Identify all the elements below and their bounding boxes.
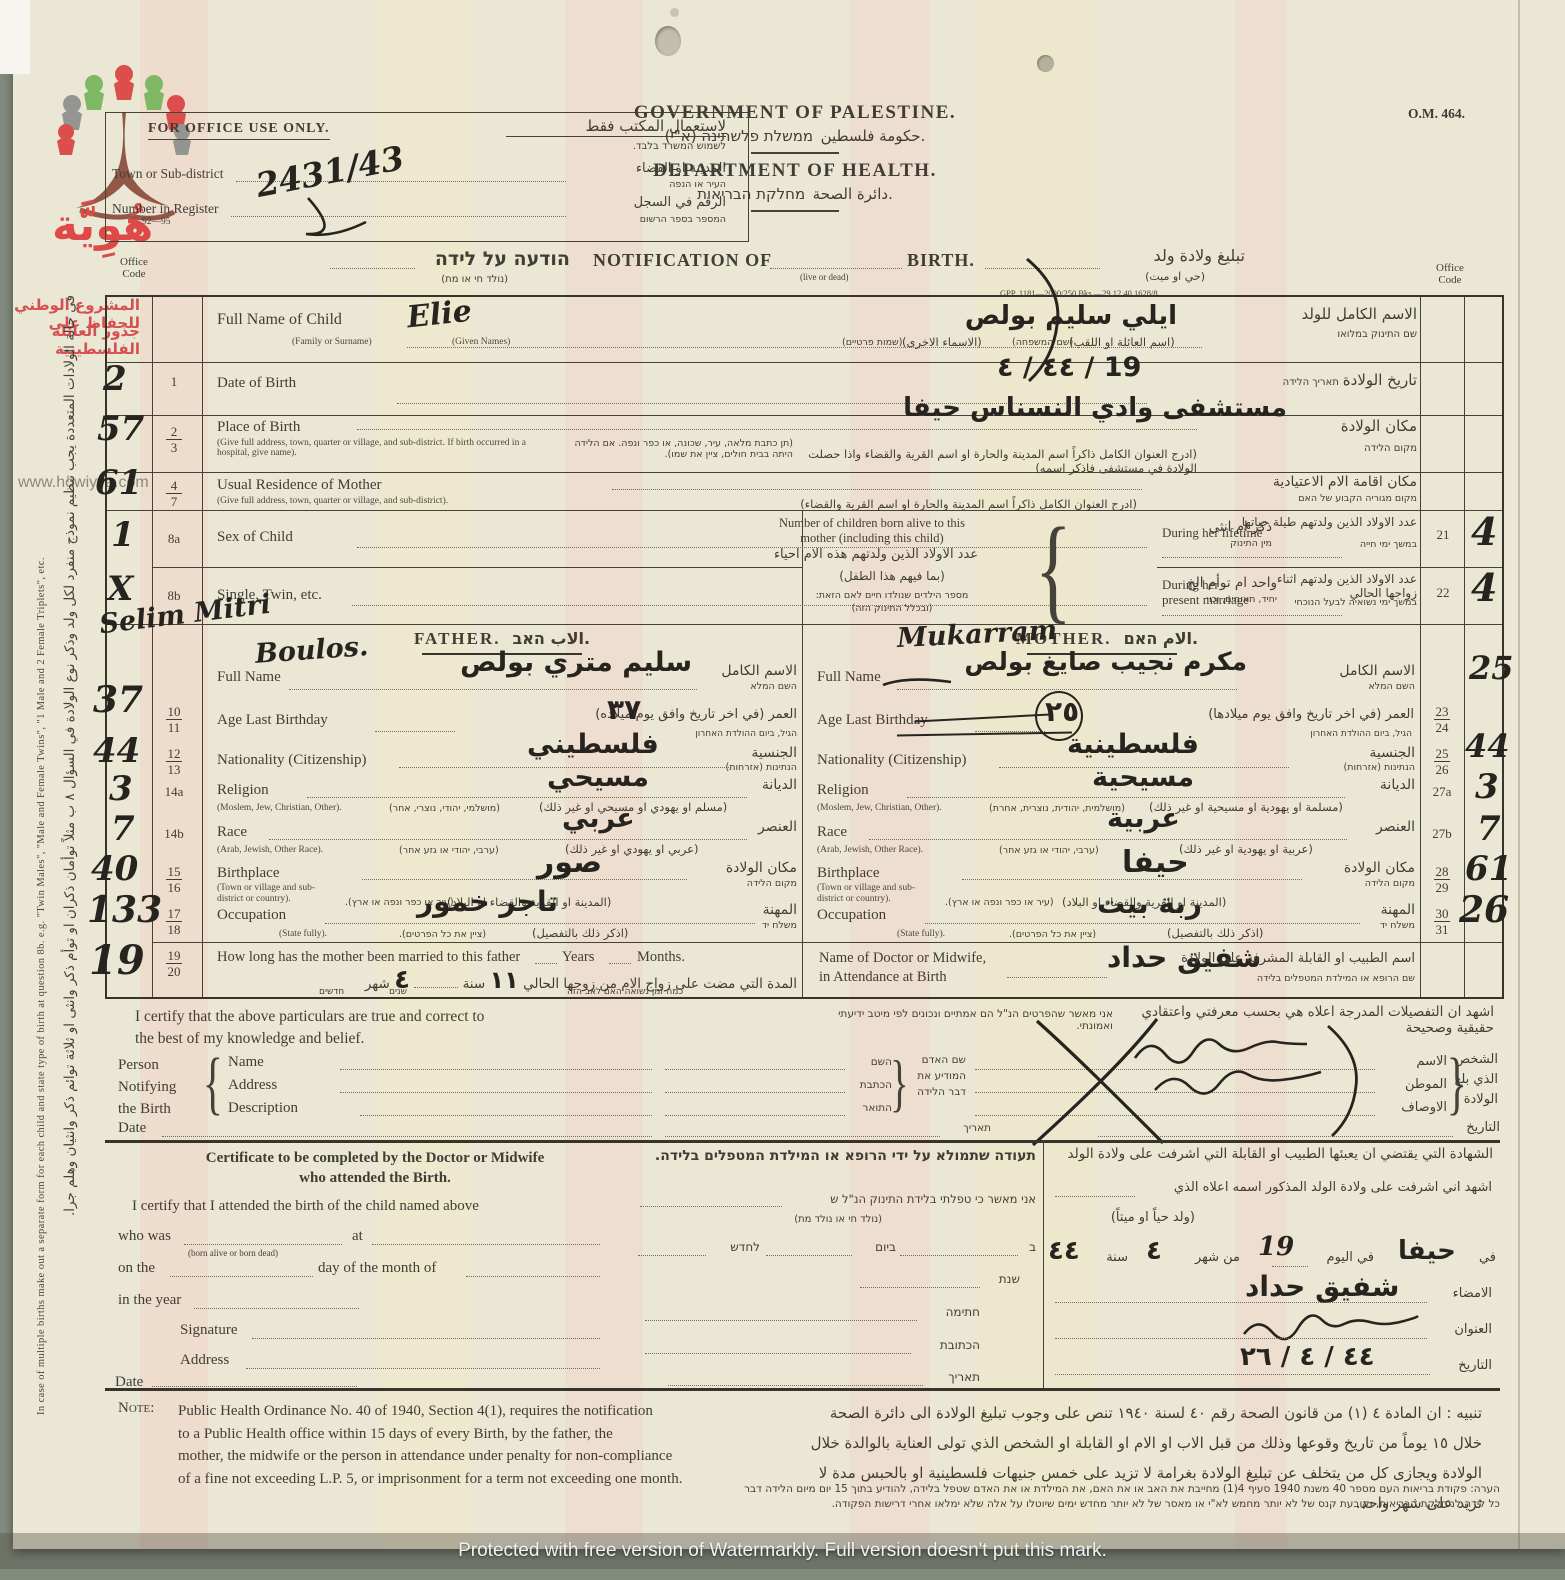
mother-age-label-he: הגיל, ביום ההולדת האחרון (1187, 729, 1412, 739)
ar-year-label: سنة (1092, 1250, 1128, 1265)
child-fullname-label-he: שם התינוק במלואו (1202, 329, 1417, 340)
pob-label-en: Place of Birth (217, 419, 300, 436)
office-code-value: 1 (111, 515, 135, 555)
mother-section-title-arhe: الام האם. (1124, 629, 1199, 648)
doctor-certificate-title-ar: الشهادة التي يقتضي ان يعبئها الطبيب او ا… (1055, 1146, 1493, 1162)
office-code-value: 3 (109, 769, 133, 809)
row-number: 1920 (152, 949, 196, 978)
mother-age-label-ar: العمر (في اخر تاريخ وافق يوم ميلادها) (1052, 707, 1414, 722)
rule (1043, 1140, 1044, 1388)
mother-race-sub-ar: (عربية او يهودية او غير ذلك) (1179, 842, 1313, 856)
child-fullname-label-en: Full Name of Child (217, 311, 342, 329)
register-range: 92—95 (142, 217, 171, 227)
mother-race-value: عربية (1107, 803, 1180, 834)
father-married-line-ar: المدة التي مضت على زواج الام من زوجها ال… (307, 965, 797, 995)
surname-sub-ar: (اسم العائلة او اللقب) (1069, 335, 1175, 349)
dotted-line (907, 797, 1345, 798)
notification-title-ar: تبليغ ولادة ولد (1105, 246, 1245, 265)
office-code-value: 7 (1477, 809, 1501, 849)
given-names-sub-he: (שמות פרטיים) (842, 337, 902, 348)
father-section-title-arhe: الاب האב. (513, 629, 591, 648)
office-code-label-left: OfficeCode (120, 256, 148, 280)
office-code-label-right: OfficeCode (1436, 262, 1464, 286)
dotted-line (269, 839, 747, 840)
dotted-line (1272, 1266, 1308, 1267)
lifetime-label-he: במשך ימי חייה (1297, 539, 1417, 550)
date-label-ar: التاريخ (1458, 1120, 1500, 1135)
father-religion-label-en: Religion (217, 782, 269, 799)
pob-sub-he: (תן כתבת מלאה, עיר, שכונה, או כפר ונפה. … (555, 438, 793, 460)
born-alive-dead-sub: (born alive or born dead) (188, 1248, 278, 1258)
at-label: at (352, 1228, 363, 1245)
father-nationality-label-he: הנתינות (אזרחות) (667, 762, 797, 773)
notification-title-en1: NOTIFICATION OF (593, 250, 772, 271)
dotted-line (372, 1244, 600, 1245)
father-occupation-label-en: Occupation (217, 907, 286, 924)
day-of-month-label: day of the month of (318, 1260, 436, 1277)
father-birthplace-sub-en: (Town or village and sub- district or co… (217, 883, 315, 905)
row-number: 2829 (1420, 865, 1464, 894)
dotted-line (668, 1385, 923, 1386)
doctor-label-ar: اسم الطبيب او القابلة المشرفة على الولاد… (1149, 951, 1415, 966)
row-number: 14a (152, 785, 196, 798)
divider (751, 210, 839, 212)
scanned-birth-notification-document: هُوِيَّة المشروع الوطني للحفاظ على جذور … (0, 0, 1565, 1580)
residence-label-ar: مكان اقامة الام الاعتيادية מקום מגוריה ה… (1142, 474, 1417, 504)
dotted-line (375, 731, 455, 732)
pob-label-he2: מקום הלידה (1202, 443, 1417, 454)
note-text-he: הערה: פקודת בריאות העם מספר 40 משנת 1940… (700, 1482, 1500, 1512)
mother-fullname-label-he: השם המלא (1235, 681, 1415, 692)
notification-title-he: הודעה על לידה (420, 248, 570, 270)
dotted-line (1162, 615, 1342, 616)
mother-occupation-value: ربة بيت (1097, 887, 1202, 920)
father-fullname-value: سليم متري بولص (427, 647, 692, 678)
doctor-certify-line-ar: اشهد اني اشرفت على ولادة الولد المذكور ا… (1140, 1180, 1492, 1195)
row-number: 27b (1420, 827, 1464, 840)
paper-speck (670, 8, 679, 17)
dotted-line (665, 1069, 845, 1070)
lifetime-count-value: 4 (1471, 509, 1497, 554)
mother-religion-sub-en: (Moslem, Jew, Christian, Other). (817, 803, 942, 813)
ar-date-label: التاريخ (1432, 1358, 1492, 1373)
office-code-value: 26 (1459, 889, 1509, 931)
dotted-line (665, 1092, 845, 1093)
dotted-line (612, 489, 1142, 490)
row-number: 3031 (1420, 907, 1464, 936)
description-label-he: התואר (846, 1102, 892, 1114)
dotted-line (869, 839, 1347, 840)
row-number: 2324 (1420, 705, 1464, 734)
pob-value: مستشفى وادي النسناس حيفا (847, 393, 1287, 423)
father-married-label-he: כמה זמן נשואה האם לאב הזה (567, 987, 683, 997)
father-race-label-en: Race (217, 824, 247, 841)
lifetime-label-ar: عدد الاولاد الذين ولدتهم طيلة حياتها (1237, 515, 1417, 529)
mother-occupation-sub-en: (State fully). (897, 929, 945, 939)
he-address-label: הכתובת (916, 1338, 980, 1352)
dotted-line (900, 1255, 1018, 1256)
margin-note-arabic: في حالة الولادات المتعددة يجب تنظيم نموذ… (62, 295, 78, 1420)
office-code-value: 61 (95, 463, 142, 503)
years-label-he: שנים (389, 987, 407, 997)
mother-occupation-label-he: משלח יד (1357, 920, 1415, 931)
mother-birthplace-sub-he: (עיר או כפר ונפה או ארץ). (945, 897, 1054, 908)
row-number: 27a (1420, 785, 1464, 798)
in-the-year-label: in the year (118, 1292, 181, 1309)
watermark-text: Protected with free version of Watermark… (458, 1540, 1107, 1562)
address-label-he: הכתבת (845, 1079, 892, 1091)
office-code-value: 7 (111, 809, 135, 849)
town-label-en: Town or Sub-district (112, 166, 224, 182)
notification-title-ar-sub: (حي او ميت) (1105, 270, 1205, 283)
ar-address-label: العنوان (1430, 1322, 1492, 1337)
doctor-certify-line-en: I certify that I attended the birth of t… (132, 1198, 479, 1215)
dotted-line (162, 1136, 652, 1137)
divider (751, 152, 839, 154)
mother-religion-value: مسيحية (1092, 762, 1194, 793)
dotted-line (252, 1338, 600, 1339)
dotted-line (289, 689, 697, 690)
dotted-line (665, 1115, 845, 1116)
date-label-en: Date (118, 1120, 146, 1137)
father-nationality-label-en: Nationality (Citizenship) (217, 752, 367, 769)
form-number: O.M. 464. (1408, 106, 1465, 122)
dotted-line (770, 268, 902, 269)
dob-value: ٤٤ / ٤ / 19 (997, 352, 1141, 383)
section-divider (105, 1388, 1500, 1391)
mother-race-sub-he: (ערבי, יהודי או גזע אחר) (999, 845, 1099, 856)
father-race-sub-en: (Arab, Jewish, Other Race). (217, 845, 323, 855)
dotted-line (184, 1244, 342, 1245)
handwriting-flourish (300, 192, 420, 238)
who-was-label: who was (118, 1228, 171, 1245)
section-divider (105, 1140, 1500, 1143)
father-race-sub-he: (ערבי, יהודי או גזע אחר) (399, 845, 499, 856)
margin-note-english: In case of multiple births make out a se… (36, 310, 47, 1415)
ar-day-label: في اليوم (1310, 1250, 1374, 1265)
date-label-he: תאריך (945, 1122, 991, 1134)
father-religion-value: مسيحي (547, 762, 649, 793)
description-label-en: Description (228, 1100, 298, 1117)
mother-occupation-sub-he: (ציין את כל הפרטים). (1009, 929, 1096, 940)
live-or-dead-sub: (live or dead) (800, 272, 848, 282)
dotted-line (609, 963, 631, 964)
ar-signature-label: الامضاء (1430, 1286, 1492, 1301)
dotted-line (897, 689, 1237, 690)
residence-sub-en: (Give full address, town, quarter or vil… (217, 496, 617, 506)
father-religion-label-ar: الديانة (725, 777, 797, 793)
header-title-block: GOVERNMENT OF PALESTINE. حكومة فلسطين ממ… (600, 102, 990, 218)
children-count-label-he: מספר הילדים שנולדו חיים לאם הזאת: (ובכלל… (747, 589, 1037, 615)
ar-day-value: 19 (1258, 1232, 1294, 1262)
children-count-label-ar-sub: (بما فيهم هذا الطفل) (747, 569, 1037, 583)
dotted-line (640, 1206, 782, 1207)
notification-title-en2: BIRTH. (907, 250, 975, 271)
mother-occupation-label-ar: المهنة משלח יד (1357, 902, 1415, 931)
residence-label-he: מקום מגוריה הקבוע של האם (1142, 493, 1417, 504)
children-count-label-en: Number of children born alive to this mo… (707, 516, 1037, 546)
mother-nationality-label-ar: الجنسية הנתינות (אזרחות) (1287, 745, 1415, 773)
name-label-ar: الاسم (1395, 1054, 1447, 1069)
government-title-en: GOVERNMENT OF PALESTINE. (600, 102, 990, 124)
father-race-label-ar: العنصر (725, 819, 797, 835)
person-notifying-label-ar: الشخص الذي بلغ الولادة (1448, 1050, 1498, 1110)
dotted-line (170, 1276, 313, 1277)
mother-nationality-label-en: Nationality (Citizenship) (817, 752, 967, 769)
mother-fullname-value: مكرم نجيب صايغ بولص (962, 647, 1247, 676)
handwriting-paren (1322, 1022, 1364, 1140)
dotted-line (645, 1353, 911, 1354)
father-married-label-en: How long has the mother been married to … (217, 949, 520, 966)
dob-label-en: Date of Birth (217, 375, 296, 392)
rule (107, 624, 1502, 625)
rule (152, 567, 802, 568)
months-label-en: Months. (637, 949, 685, 966)
pob-sub-ar: (ادرج العنوان الكامل ذاكراً اسم المدينة … (797, 447, 1197, 475)
person-notifying-label-he: שם האדם המודיע את דבר הלידה (902, 1052, 966, 1100)
father-age-label-en: Age Last Birthday (217, 712, 328, 729)
mother-occupation-sub-ar: (اذكر ذلك بالتفصيل) (1167, 926, 1263, 940)
mother-birthplace-label-he: מקום הלידה (1303, 878, 1415, 889)
name-label-he: השם (850, 1056, 892, 1068)
dotted-line (1007, 977, 1107, 978)
office-code-value: 2 (103, 359, 127, 399)
dotted-line (325, 923, 755, 924)
father-occupation-label-he: משלח יד (737, 920, 797, 931)
ar-date-value: ٤٤ / ٤ / ٢٦ (1240, 1342, 1375, 1372)
description-label-ar: الاوصاف (1386, 1100, 1447, 1115)
dotted-line (362, 879, 687, 880)
children-count-label-ar: عدد الاولاد الذين ولدتهم هذه الام احياء (715, 547, 1037, 562)
name-label-en: Name (228, 1054, 264, 1071)
mother-age-label-en: Age Last Birthday (817, 712, 928, 729)
residence-label-en: Usual Residence of Mother (217, 477, 382, 494)
form-table: Full Name of Child (Family or Surname) (… (105, 295, 1504, 999)
doctor-label-he: שם הרופא או המילדת המטפלים בלידה (1205, 973, 1415, 984)
father-nationality-label-ar: الجنسية הנתינות (אזרחות) (667, 745, 797, 773)
father-occupation-label-ar: المهنة משלח יד (737, 902, 797, 931)
dotted-line (340, 1092, 652, 1093)
ar-in-label: في (1476, 1250, 1496, 1265)
row-number: 1 (152, 375, 196, 388)
doctor-certificate-title-en: Certificate to be completed by the Docto… (140, 1148, 610, 1188)
mother-birthplace-label-ar: مكان الولادة מקום הלידה (1303, 860, 1415, 889)
father-occupation-sub-en: (State fully). (279, 929, 327, 939)
dotted-line (246, 1368, 600, 1369)
months-label-he: חדשים (319, 987, 344, 997)
sex-label-en: Sex of Child (217, 529, 293, 546)
dotted-line (860, 1287, 980, 1288)
dotted-line (1055, 1302, 1427, 1303)
father-birthplace-value: صور (537, 845, 602, 880)
office-code-value: 37 (93, 679, 143, 721)
dotted-line (1055, 1196, 1135, 1197)
mother-religion-label-en: Religion (817, 782, 869, 799)
he-b-label: ב (1022, 1240, 1036, 1254)
office-code-value: X (107, 569, 133, 609)
office-code-value: 133 (87, 889, 162, 931)
doctor-certify-line-he: אני מאשר כי טפלתי בלידת התינוק הנ"ל ש (786, 1192, 1036, 1206)
government-title-arhe: حكومة فلسطين ממשלת פלשתינה (א"י). (600, 127, 990, 146)
mother-religion-sub-he: (מושלמית, יהודית, נוצרית, אחרת) (989, 803, 1125, 814)
scan-fold-line (1518, 0, 1520, 1549)
dotted-line (330, 268, 415, 269)
dotted-line (1162, 557, 1342, 558)
family-surname-sub: (Family or Surname) (292, 337, 372, 347)
brace: { (203, 1044, 223, 1124)
dotted-line (638, 1255, 706, 1256)
mother-birthplace-sub-en: (Town or village and sub- district or co… (817, 883, 915, 905)
he-day-label: ביום (856, 1240, 896, 1254)
years-label-en: Years (562, 949, 594, 966)
mother-birthplace-label-en: Birthplace (817, 865, 879, 882)
father-fullname-label-ar: الاسم الكامل השם המלא (695, 663, 797, 692)
given-names-sub-ar: (الاسماء الاخرى) (902, 335, 982, 349)
dotted-line (194, 1308, 359, 1309)
residence-sub-ar: (ادرج العنوان الكامل ذاكراً اسم المدينة … (727, 497, 1137, 511)
rule (107, 362, 1502, 363)
he-date-label: תאריך (928, 1370, 980, 1384)
dob-label-ar: تاريخ الولادة תאריך הלידה (1142, 371, 1417, 390)
father-religion-sub-en: (Moslem, Jew, Christian, Other). (217, 803, 342, 813)
mother-nationality-label-he: הנתינות (אזרחות) (1287, 762, 1415, 773)
dotted-line (535, 963, 557, 964)
dotted-line (766, 1255, 852, 1256)
handwriting-stroke (915, 713, 1050, 722)
dotted-line (466, 1276, 600, 1277)
given-names-sub: (Given Names) (452, 337, 510, 347)
ar-month-label: من شهر (1182, 1250, 1240, 1265)
watermark-bar: Protected with free version of Watermark… (0, 1533, 1565, 1569)
father-occupation-sub-ar: (اذكر ذلك بالتفصيل) (532, 926, 628, 940)
office-code-value: 44 (93, 731, 140, 771)
mother-fullname-label-ar: الاسم الكامل השם המלא (1235, 663, 1415, 692)
on-the-label: on the (118, 1260, 155, 1277)
punch-hole (1037, 55, 1054, 72)
dotted-line (360, 1115, 652, 1116)
department-title-arhe: دائرة الصحة מחלקת הבריאות. (600, 185, 990, 204)
father-nationality-value: فلسطيني (527, 729, 659, 760)
row-number: 1011 (152, 705, 196, 734)
he-signature-label: חתימה (922, 1305, 980, 1319)
dotted-line (645, 1320, 917, 1321)
department-title-en: DEPARTMENT OF HEALTH. (600, 160, 990, 182)
dotted-line (152, 1386, 357, 1387)
dotted-line (307, 797, 747, 798)
ar-place-value: حيفا (1398, 1236, 1456, 1266)
row-number: 1213 (152, 747, 196, 776)
punch-hole (655, 26, 681, 56)
signature-label-en: Signature (180, 1322, 238, 1339)
register-label-en: Number in Register (112, 201, 218, 217)
date-label-en2: Date (115, 1374, 143, 1391)
pob-sub-en: (Give full address, town, quarter or vil… (217, 438, 552, 458)
row-number: 23 (152, 425, 196, 454)
father-race-value: عربي (562, 803, 635, 834)
row-number-21: 21 (1425, 527, 1461, 543)
rule (152, 942, 1502, 943)
dotted-line (665, 1136, 940, 1137)
row-number: 47 (152, 479, 196, 508)
father-birthplace-label-en: Birthplace (217, 865, 279, 882)
he-month-label: לחדש (710, 1240, 760, 1254)
scan-corner (0, 0, 30, 74)
address-label-en: Address (228, 1077, 277, 1094)
mother-occupation-label-en: Occupation (817, 907, 886, 924)
he-year-label: שנת (985, 1272, 1020, 1286)
father-religion-sub-he: (מושלמי, יהודי, נוצרי, אחר) (389, 803, 500, 814)
dotted-line (1055, 1338, 1427, 1339)
marriage-label-ar: عدد الاولاد الذين ولدتهم اثناء زواجها ال… (1242, 572, 1417, 600)
row-number-22: 22 (1425, 585, 1461, 601)
born-alive-dead-sub-he: (נולד חי או נולד מת) (752, 1214, 882, 1225)
ar-month-value: ٤ (1146, 1236, 1162, 1266)
father-name-latin-value-2: Boulos. (254, 631, 369, 670)
father-occupation-sub-he: (ציין את כל הפרטים). (399, 929, 486, 940)
office-code-value: 3 (1475, 767, 1499, 807)
person-notifying-label-en: Person Notifying the Birth (118, 1054, 176, 1120)
doctor-label-en: Name of Doctor or Midwife, in Attendance… (819, 949, 986, 987)
office-code-value: 19 (89, 937, 145, 984)
marriage-count-value: 4 (1471, 565, 1497, 610)
office-code-value: 44 (1465, 727, 1510, 765)
row-number: 8a (152, 532, 196, 545)
dotted-line (340, 1069, 652, 1070)
marriage-label-he: במשך ימי נשואיה לבעל הנוכחי (1232, 597, 1417, 608)
mother-race-label-ar: العنصر (1347, 819, 1415, 835)
ar-year-value: ٤٤ (1048, 1236, 1080, 1266)
row-number: 2526 (1420, 747, 1464, 776)
office-code-value: 40 (91, 849, 138, 889)
father-birthplace-label-he: מקום הלידה (685, 878, 797, 889)
rule (107, 415, 1502, 416)
rule (802, 510, 803, 997)
mother-race-sub-en: (Arab, Jewish, Other Race). (817, 845, 923, 855)
mother-race-label-en: Race (817, 824, 847, 841)
mother-nationality-value: فلسطينية (1067, 729, 1199, 760)
address-label-ar: الموطن (1390, 1077, 1447, 1092)
dotted-line (1055, 1374, 1430, 1375)
dotted-line (414, 987, 458, 988)
notification-title-he-sub: (נולד חי או מת) (388, 274, 508, 285)
dotted-line (357, 429, 1197, 430)
ar-signature-value: شفيق حداد (1245, 1270, 1399, 1303)
note-text-en: Public Health Ordinance No. 40 of 1940, … (178, 1400, 778, 1490)
doctor-certificate-title-he: תעודה שתמולא על ידי הרופא או המילדת המטפ… (636, 1148, 1036, 1164)
father-fullname-label-en: Full Name (217, 669, 281, 686)
father-birthplace-label-ar: مكان الولادة מקום הלידה (685, 860, 797, 889)
row-number: 14b (152, 827, 196, 840)
mother-religion-label-ar: الديانة (1345, 777, 1415, 793)
father-fullname-label-he: השם המלא (695, 681, 797, 692)
married-years-value: ١١ (489, 966, 518, 994)
dotted-line (925, 923, 1360, 924)
mother-birthplace-value: حيفا (1122, 845, 1189, 880)
born-alive-dead-sub-ar: (ولد حياً او ميتاً) (1055, 1210, 1195, 1225)
father-occupation-value: تاجر خمور (417, 885, 558, 918)
office-code-value: 25 (1469, 649, 1514, 687)
child-name-latin-value: Elie (405, 294, 473, 336)
mother-fullname-label-en: Full Name (817, 669, 881, 686)
office-code-value: 61 (1465, 849, 1512, 889)
father-age-value: ٣٧ (607, 693, 641, 726)
note-label-en: Note: (118, 1400, 154, 1417)
address-label-en2: Address (180, 1352, 229, 1369)
office-use-title-en: FOR OFFICE USE ONLY. (148, 121, 330, 140)
child-fullname-label-ar: الاسم الكامل للولد שם התינוק במלואו (1202, 305, 1417, 340)
office-code-value: 57 (97, 409, 144, 449)
rule (202, 297, 203, 997)
